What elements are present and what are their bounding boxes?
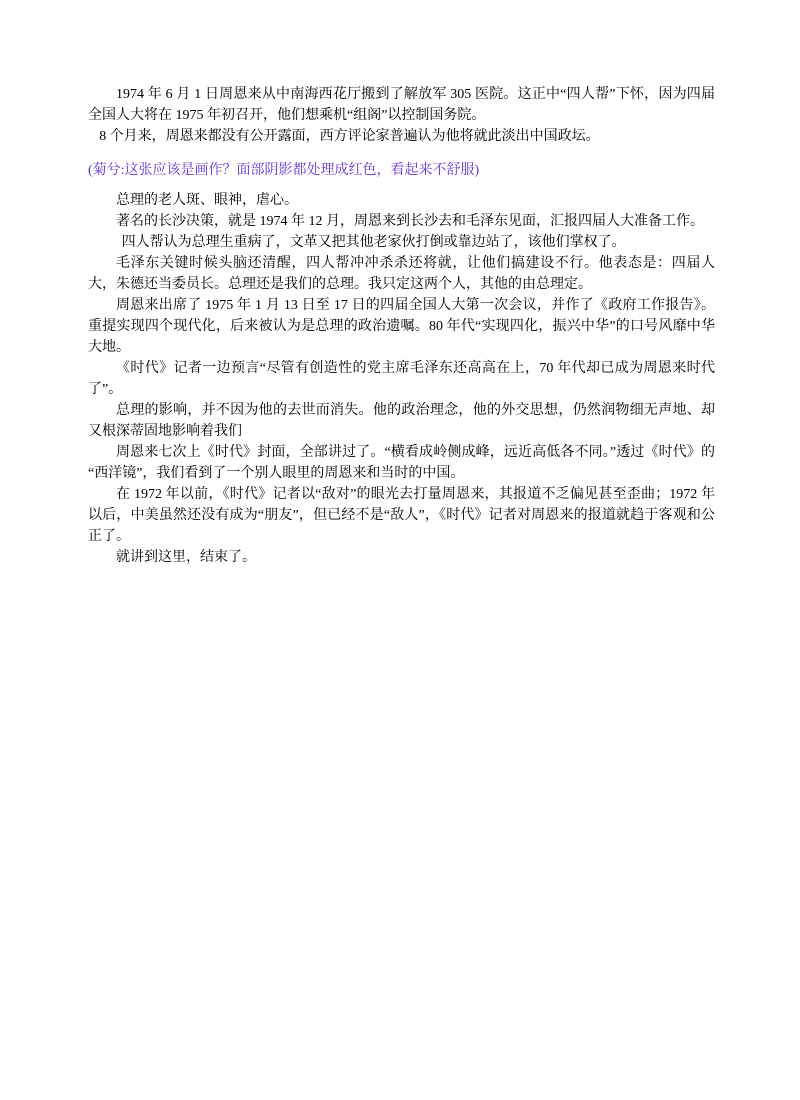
document-page: { "page": { "background": "#ffffff" }, "… (0, 0, 800, 1100)
paragraph: 四人帮认为总理生重病了，文革又把其他老家伙打倒或靠边站了，该他们掌权了。 (88, 232, 715, 253)
paragraph: 1974 年 6 月 1 日周恩来从中南海西花厅搬到了解放军 305 医院。这正… (88, 84, 715, 126)
paragraph: 《时代》记者一边预言“尽管有创造性的党主席毛泽东还高高在上，70 年代却已成为周… (88, 358, 715, 400)
paragraph: 周恩来出席了 1975 年 1 月 13 日至 17 日的四届全国人大第一次会议… (88, 295, 715, 358)
paragraph: 在 1972 年以前，《时代》记者以“敌对”的眼光去打量周恩来，其报道不乏偏见甚… (88, 484, 715, 547)
paragraph: 总理的老人斑、眼神，虐心。 (88, 190, 715, 211)
document-body: 1974 年 6 月 1 日周恩来从中南海西花厅搬到了解放军 305 医院。这正… (88, 84, 715, 568)
paragraph: 总理的影响，并不因为他的去世而消失。他的政治理念，他的外交思想，仍然润物细无声地… (88, 400, 715, 442)
annotation-note: (菊兮:这张应该是画作？面部阴影都处理成红色，看起来不舒服) (88, 160, 715, 181)
paragraph: 著名的长沙决策，就是 1974 年 12 月，周恩来到长沙去和毛泽东见面，汇报四… (88, 211, 715, 232)
paragraph: 毛泽东关键时候头脑还清醒，四人帮冲冲杀杀还将就，让他们搞建设不行。他表态是：四届… (88, 253, 715, 295)
paragraph: 就讲到这里，结束了。 (88, 547, 715, 568)
paragraph: 周恩来七次上《时代》封面，全部讲过了。“横看成岭侧成峰，远近高低各不同。”透过《… (88, 442, 715, 484)
paragraph: 8 个月来，周恩来都没有公开露面，西方评论家普遍认为他将就此淡出中国政坛。 (88, 126, 715, 147)
